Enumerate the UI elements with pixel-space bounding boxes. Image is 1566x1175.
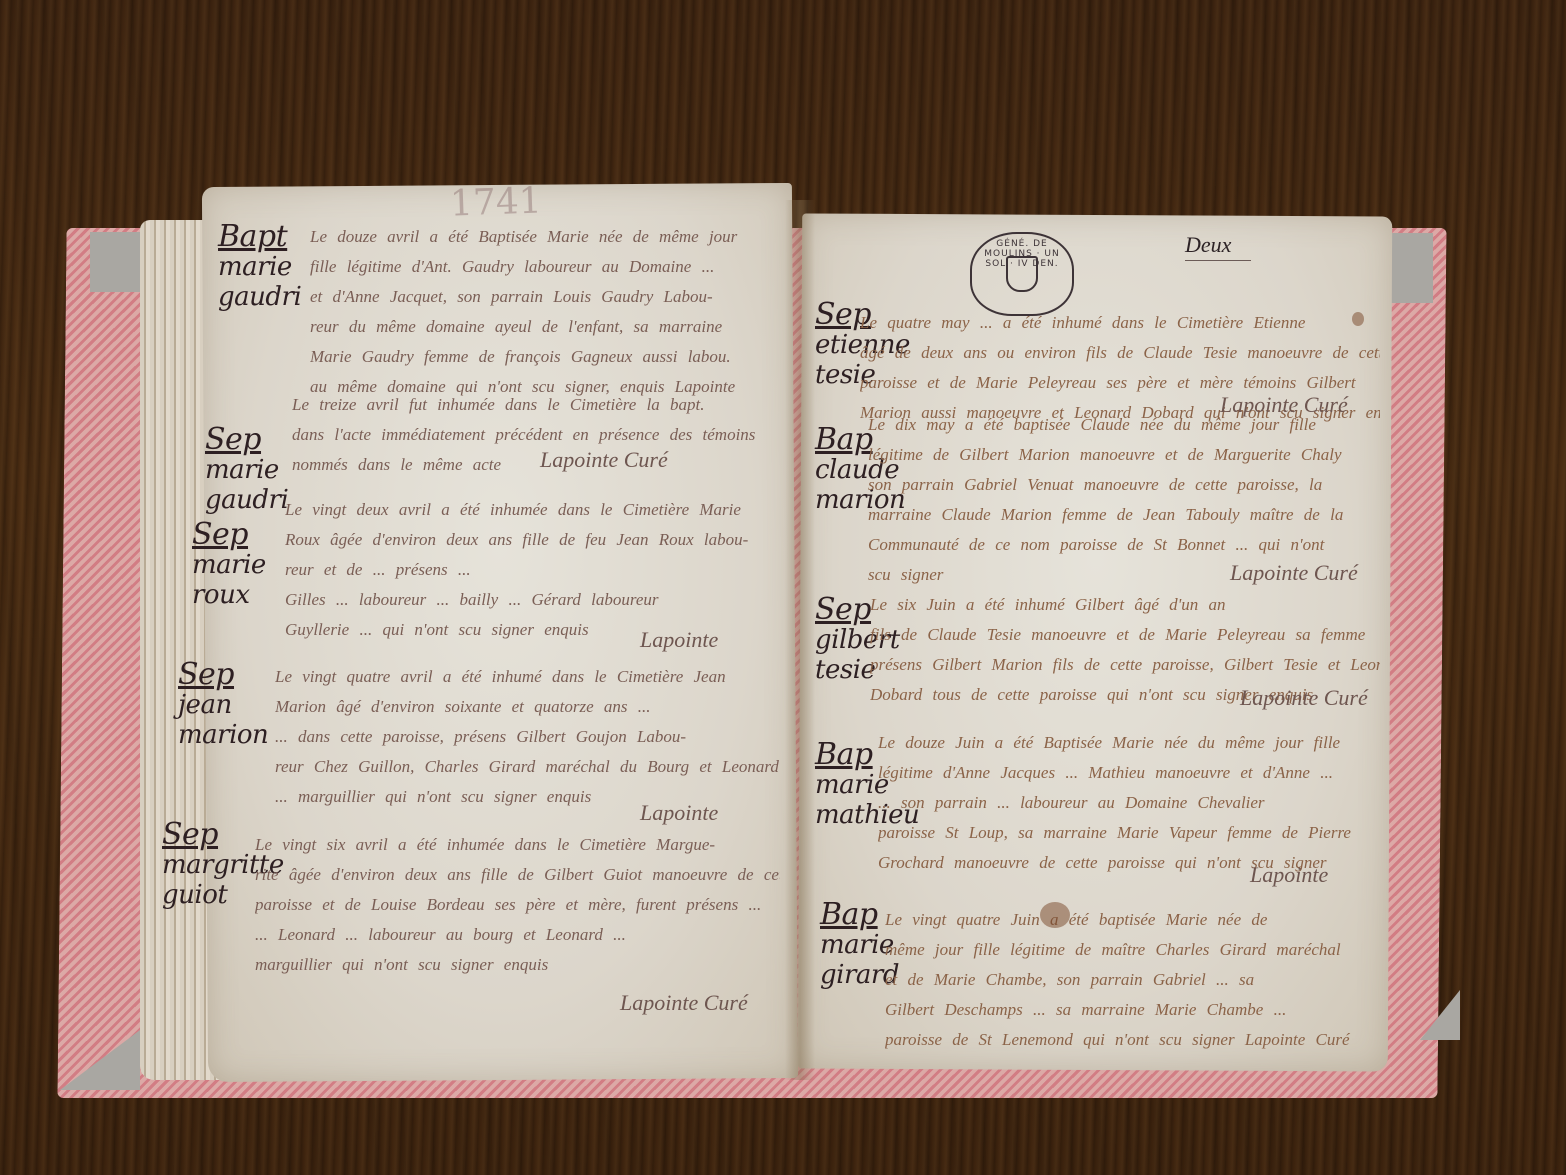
entry-line: marraine Claude Marion femme de Jean Tab… — [868, 500, 1378, 530]
entry-line: paroisse St Loup, sa marraine Marie Vape… — [878, 818, 1378, 848]
margin-label: Sep marie gaudri — [205, 425, 288, 515]
margin-name-2: guiot — [162, 880, 227, 910]
year-mark: 1741 — [449, 180, 542, 224]
margin-name-1: marie — [192, 550, 266, 580]
entry-line: paroisse de St Lenemond qui n'ont scu si… — [885, 1025, 1385, 1055]
entry-line: marguillier qui n'ont scu signer enquis — [255, 950, 780, 980]
register-entry: Le vingt six avril a été inhumée dans le… — [255, 830, 780, 980]
ink-stain — [1040, 902, 1070, 928]
register-entry: Le douze Juin a été Baptisée Marie née d… — [878, 728, 1378, 878]
entry-line: Le quatre may ... a été inhumé dans le C… — [860, 308, 1380, 338]
priest-signature: Lapointe Curé — [540, 447, 668, 473]
entry-line: Marion âgé d'environ soixante et quatorz… — [275, 692, 780, 722]
priest-signature: Lapointe — [640, 627, 718, 653]
margin-name-1: marie — [218, 252, 292, 282]
entry-line: Le douze avril a été Baptisée Marie née … — [310, 222, 780, 252]
entry-line: reur du même domaine ayeul de l'enfant, … — [310, 312, 780, 342]
entry-line: fille légitime d'Ant. Gaudry laboureur a… — [310, 252, 780, 282]
tax-stamp: GÉNÉ. DE MOULINS · UN SOL · IV DEN. — [970, 232, 1074, 316]
entry-line: et d'Anne Jacquet, son parrain Louis Gau… — [310, 282, 780, 312]
priest-signature: Lapointe — [1250, 862, 1328, 888]
priest-signature: Lapointe — [640, 800, 718, 826]
register-entry: Le treize avril fut inhumée dans le Cime… — [292, 390, 782, 480]
entry-line: légitime de Gilbert Marion manoeuvre et … — [868, 440, 1378, 470]
coat-of-arms-icon — [1006, 256, 1038, 292]
entry-type: Sep — [192, 520, 266, 550]
priest-signature: Lapointe Curé — [1230, 560, 1358, 586]
margin-label: Bapt marie gaudri — [218, 222, 301, 312]
register-entry: Le vingt deux avril a été inhumée dans l… — [285, 495, 780, 645]
entry-type: Sep — [178, 660, 268, 690]
register-entry: Le douze avril a été Baptisée Marie née … — [310, 222, 780, 402]
entry-line: ... son parrain ... laboureur au Domaine… — [878, 788, 1378, 818]
margin-name-1: marie — [205, 455, 279, 485]
margin-label: Sep marie roux — [192, 520, 266, 610]
entry-line: Le six Juin a été inhumé Gilbert âgé d'u… — [870, 590, 1380, 620]
entry-line: paroisse et de Louise Bordeau ses père e… — [255, 890, 780, 920]
entry-type: Bapt — [218, 222, 301, 252]
entry-line: Le vingt deux avril a été inhumée dans l… — [285, 495, 780, 525]
priest-signature: Lapointe Curé — [1240, 685, 1368, 711]
entry-line: reur Chez Guillon, Charles Girard maréch… — [275, 752, 780, 782]
margin-label: Sep jean marion — [178, 660, 268, 750]
margin-name-2: roux — [192, 580, 250, 610]
entry-line: Communauté de ce nom paroisse de St Bonn… — [868, 530, 1378, 560]
entry-line: Marie Gaudry femme de françois Gagneux a… — [310, 342, 780, 372]
entry-line: Le vingt quatre Juin a été baptisée Mari… — [885, 905, 1385, 935]
entry-line: Roux âgée d'environ deux ans fille de fe… — [285, 525, 780, 555]
register-entry: Le vingt quatre avril a été inhumé dans … — [275, 662, 780, 812]
entry-line: Le treize avril fut inhumée dans le Cime… — [292, 390, 782, 420]
margin-name-2: tesie — [815, 655, 875, 685]
register-entry: Le vingt quatre Juin a été baptisée Mari… — [885, 905, 1385, 1055]
entry-line: Le vingt six avril a été inhumée dans le… — [255, 830, 780, 860]
book-gutter — [785, 200, 815, 1080]
margin-name-1: marie — [820, 930, 894, 960]
entry-line: ... dans cette paroisse, présens Gilbert… — [275, 722, 780, 752]
entry-line: et de Marie Chambe, son parrain Gabriel … — [885, 965, 1385, 995]
entry-line: rite âgée d'environ deux ans fille de Gi… — [255, 860, 780, 890]
margin-name-1: jean — [178, 690, 232, 720]
entry-line: fils de Claude Tesie manoeuvre et de Mar… — [870, 620, 1380, 650]
entry-line: ... Leonard ... laboureur au bourg et Le… — [255, 920, 780, 950]
margin-name-2: gaudri — [205, 485, 288, 515]
ink-stain — [1352, 312, 1364, 326]
entry-line: Gilles ... laboureur ... bailly ... Géra… — [285, 585, 780, 615]
entry-line: Le vingt quatre avril a été inhumé dans … — [275, 662, 780, 692]
entry-line: dans l'acte immédiatement précédent en p… — [292, 420, 782, 450]
margin-name-2: gaudri — [218, 282, 301, 312]
entry-line: Gilbert Deschamps ... sa marraine Marie … — [885, 995, 1385, 1025]
entry-line: légitime d'Anne Jacques ... Mathieu mano… — [878, 758, 1378, 788]
entry-line: présens Gilbert Marion fils de cette par… — [870, 650, 1380, 680]
priest-signature: Lapointe Curé — [620, 990, 748, 1016]
folio-label: Deux — [1185, 232, 1251, 261]
entry-line: âgé de deux ans ou environ fils de Claud… — [860, 338, 1380, 368]
entry-line: reur et de ... présens ... — [285, 555, 780, 585]
entry-line: même jour fille légitime de maître Charl… — [885, 935, 1385, 965]
entry-type: Sep — [205, 425, 288, 455]
margin-name-2: marion — [178, 720, 268, 750]
entry-line: Le dix may a été baptisée Claude née du … — [868, 410, 1378, 440]
entry-line: son parrain Gabriel Venuat manoeuvre de … — [868, 470, 1378, 500]
entry-line: nommés dans le même acte — [292, 450, 782, 480]
entry-line: Le douze Juin a été Baptisée Marie née d… — [878, 728, 1378, 758]
